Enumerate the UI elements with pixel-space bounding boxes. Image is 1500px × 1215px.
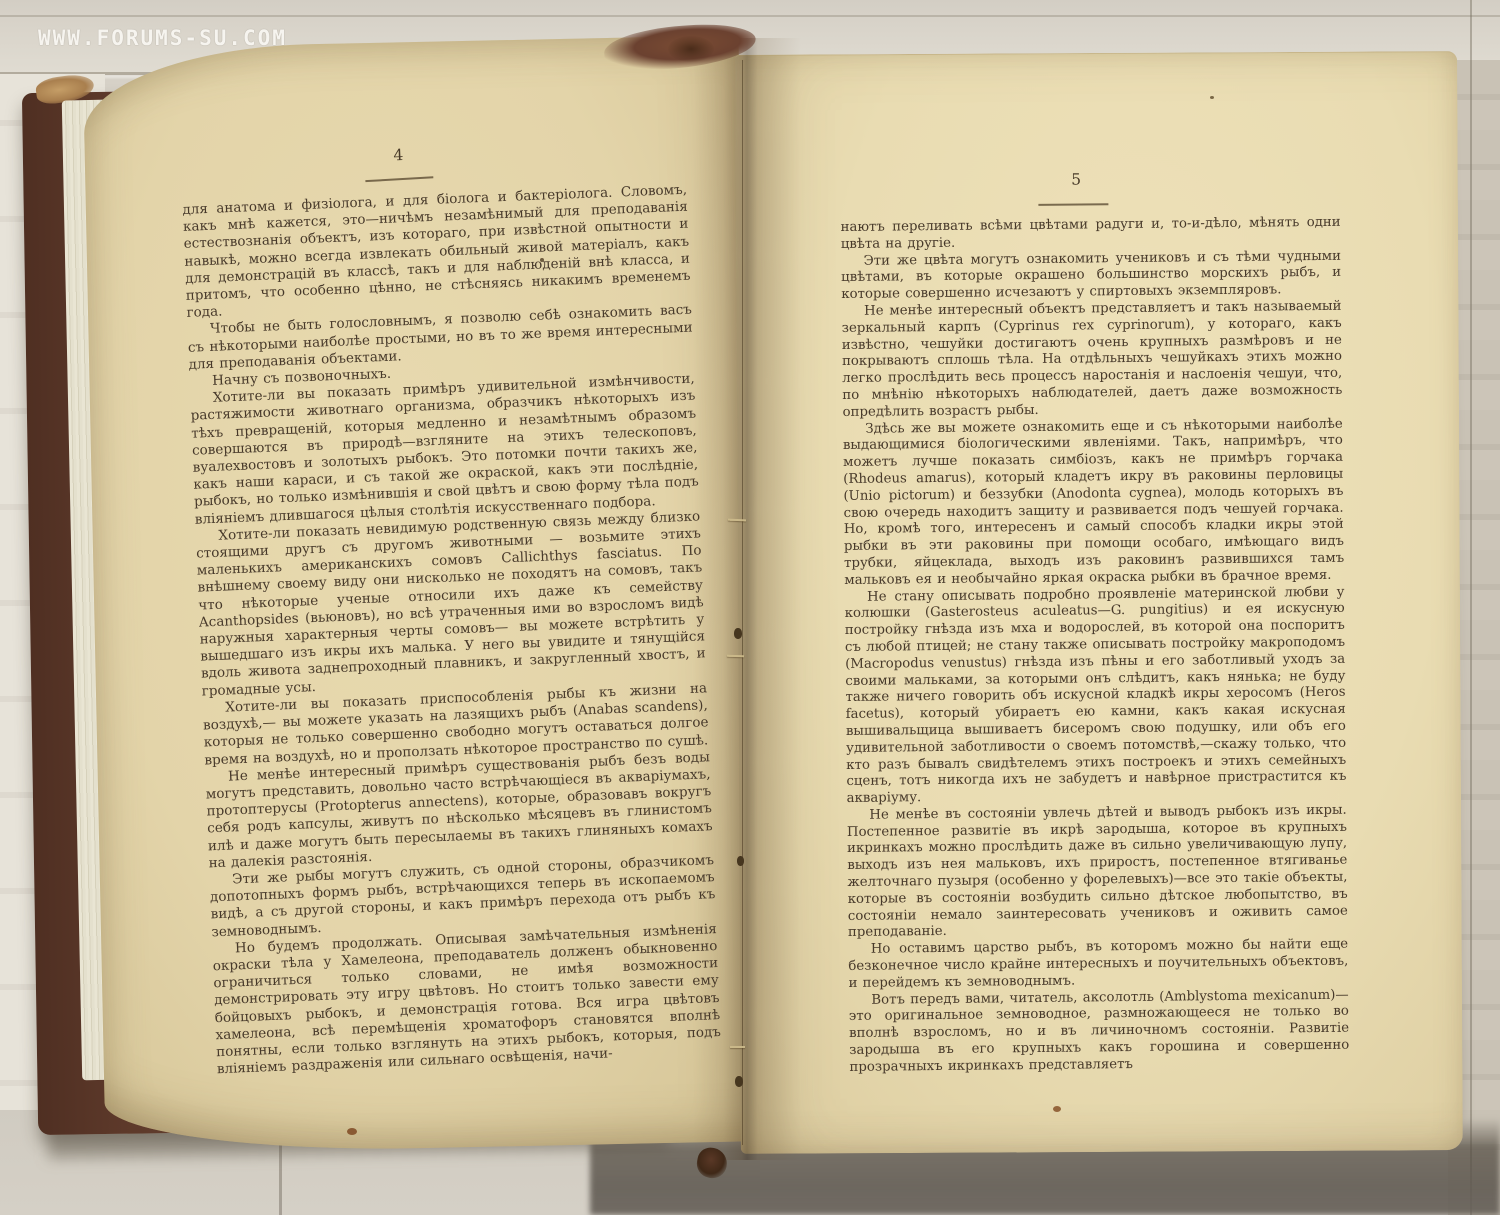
gutter-crease [742, 60, 743, 1145]
paragraph: Не стану описывать подробно проявленіе м… [844, 584, 1346, 808]
paragraph: Не менѣе интересный объектъ представляет… [841, 299, 1342, 422]
stitch-thread [737, 856, 744, 866]
page-number-right: 5 [1058, 171, 1094, 188]
page-speck [1210, 96, 1214, 99]
paragraph: Вотъ передъ вами, читатель, аксолотль (A… [849, 987, 1350, 1076]
page-number-left: 4 [380, 147, 417, 166]
paragraph: Эти же цвѣта могутъ ознакомить учениковъ… [841, 248, 1342, 304]
page-number-rule [1038, 203, 1108, 206]
right-page-paragraphs: наютъ переливать всѣми цвѣтами радуги и,… [841, 215, 1350, 1077]
paragraph: Хотите-ли вы показать примѣръ удивительн… [190, 371, 700, 529]
stitch-cut [730, 1046, 745, 1048]
left-page-paragraphs: для анатома и физіолога, и для біолога и… [182, 182, 722, 1079]
right-page-header: 5 [840, 163, 1341, 220]
right-page-text: 5 наютъ переливать всѣми цвѣтами радуги … [840, 163, 1349, 1077]
tile-grout-line [0, 15, 1500, 17]
spine-top-damage [668, 36, 714, 62]
paragraph: Не менѣе интересный примѣръ существовані… [205, 749, 714, 872]
paragraph: Но будемъ продолжать. Описывая замѣчател… [212, 921, 722, 1079]
left-page-text: 4 для анатома и физіолога, и для біолога… [180, 130, 722, 1079]
page-number-rule [365, 176, 433, 182]
paragraph: Хотите-ли показать невидимую родственную… [195, 508, 706, 700]
stitch-thread [734, 628, 742, 639]
tile-grout-line [1470, 0, 1472, 1215]
page-stain [347, 1128, 357, 1135]
page-stain [1053, 1106, 1061, 1112]
stitch-thread [735, 1076, 743, 1087]
paragraph: наютъ переливать всѣми цвѣтами радуги и,… [841, 215, 1341, 254]
paragraph: Не менѣе въ состояніи увлечь дѣтей и выв… [847, 803, 1348, 943]
paragraph: Но оставимъ царство рыбъ, въ которомъ мо… [848, 937, 1349, 993]
paragraph: для анатома и физіолога, и для біолога и… [182, 182, 691, 323]
watermark-text: WWW.FORUMS-SU.COM [38, 26, 287, 50]
photo-of-open-book: { "watermark": { "text": "WWW.FORUMS-SU.… [0, 0, 1500, 1215]
paragraph: Здѣсь же вы можете ознакомить еще и съ н… [843, 416, 1345, 589]
